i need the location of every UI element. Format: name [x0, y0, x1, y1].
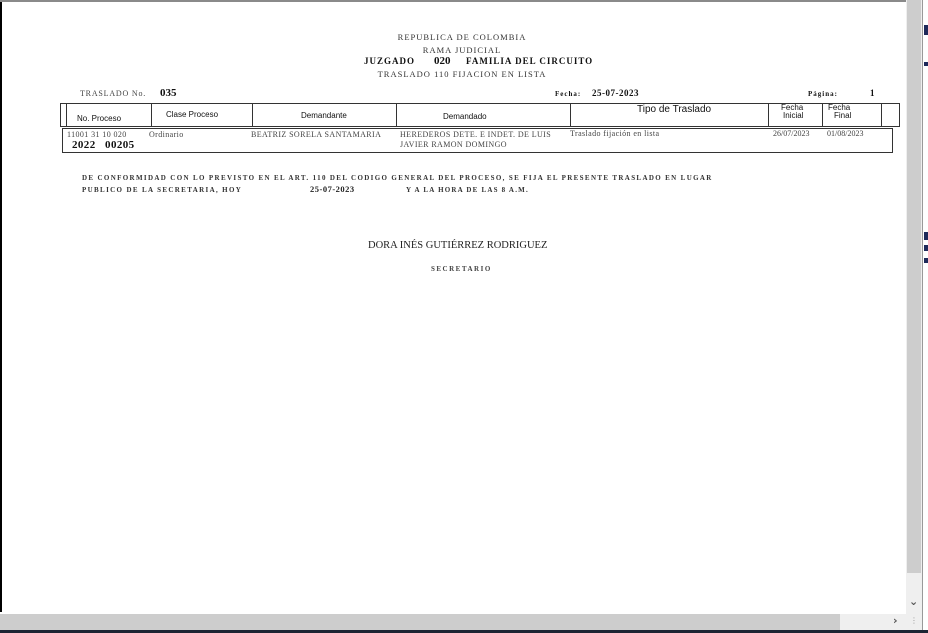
column-no-proceso: No. Proceso	[67, 104, 152, 126]
cell-clase: Ordinario	[149, 130, 184, 139]
chevron-down-icon[interactable]: ⌄	[909, 595, 918, 608]
pagina-label: Página:	[808, 90, 838, 98]
document-page: REPUBLICA DE COLOMBIA RAMA JUDICIAL JUZG…	[2, 2, 906, 612]
column-fecha-inicial: Fecha Inicial	[769, 104, 823, 126]
signature-name: DORA INÉS GUTIÉRREZ RODRIGUEZ	[368, 240, 547, 251]
horizontal-scrollbar-thumb[interactable]	[0, 614, 840, 630]
cell-fecha-inicial: 26/07/2023	[773, 129, 809, 138]
traslado-label: TRASLADO No.	[80, 89, 146, 98]
cell-proceso-line2: 2022 00205	[72, 139, 135, 151]
notice-line2-hour: Y A LA HORA DE LAS 8 A.M.	[406, 186, 529, 194]
column-fecha-final: Fecha Final	[823, 104, 882, 126]
header-juzgado-name: FAMILIA DEL CIRCUITO	[466, 56, 593, 66]
column-clase-proceso: Clase Proceso	[152, 104, 253, 126]
header-republica: REPUBLICA DE COLOMBIA	[312, 32, 612, 42]
column-demandante: Demandante	[253, 104, 397, 126]
header-juzgado-number: 020	[434, 55, 451, 67]
cell-tipo-traslado: Traslado fijación en lista	[570, 129, 659, 138]
fecha-value: 25-07-2023	[592, 88, 639, 98]
cell-fecha-final: 01/08/2023	[827, 129, 863, 138]
notice-date: 25-07-2023	[310, 184, 355, 194]
chevron-right-icon[interactable]: ›	[893, 614, 898, 627]
cell-demandado-line2: JAVIER RAMON DOMINGO	[400, 140, 507, 149]
header-juzgado-label: JUZGADO	[364, 56, 415, 66]
table-row: 11001 31 10 020 2022 00205 Ordinario BEA…	[62, 128, 893, 153]
cell-demandante: BEATRIZ SORELA SANTAMARIA	[251, 130, 381, 139]
cell-demandado-line1: HEREDEROS DETE. E INDET. DE LUIS	[400, 130, 551, 139]
fecha-label: Fecha:	[555, 90, 581, 98]
table-header: No. Proceso Clase Proceso Demandante Dem…	[60, 103, 900, 127]
vertical-scrollbar-thumb[interactable]	[907, 0, 921, 573]
document-viewer: REPUBLICA DE COLOMBIA RAMA JUDICIAL JUZG…	[0, 0, 928, 633]
window-right-edge	[922, 0, 928, 633]
column-tipo-traslado: Tipo de Traslado	[571, 104, 769, 126]
traslado-number: 035	[160, 87, 177, 99]
signature-title: SECRETARIO	[431, 265, 492, 273]
resize-grip-icon[interactable]: ⋮	[910, 616, 920, 628]
header-traslado-type: TRASLADO 110 FIJACION EN LISTA	[312, 69, 612, 79]
column-demandado: Demandado	[397, 104, 571, 126]
notice-line2-text: PUBLICO DE LA SECRETARIA, HOY	[82, 186, 242, 194]
vertical-scrollbar[interactable]: ⌄	[906, 0, 922, 614]
cell-proceso-line1: 11001 31 10 020	[67, 130, 127, 139]
horizontal-scrollbar[interactable]: ›	[0, 614, 922, 630]
notice-line1: DE CONFORMIDAD CON LO PREVISTO EN EL ART…	[82, 174, 713, 182]
pagina-value: 1	[870, 88, 875, 98]
header-rama: RAMA JUDICIAL	[312, 45, 612, 55]
